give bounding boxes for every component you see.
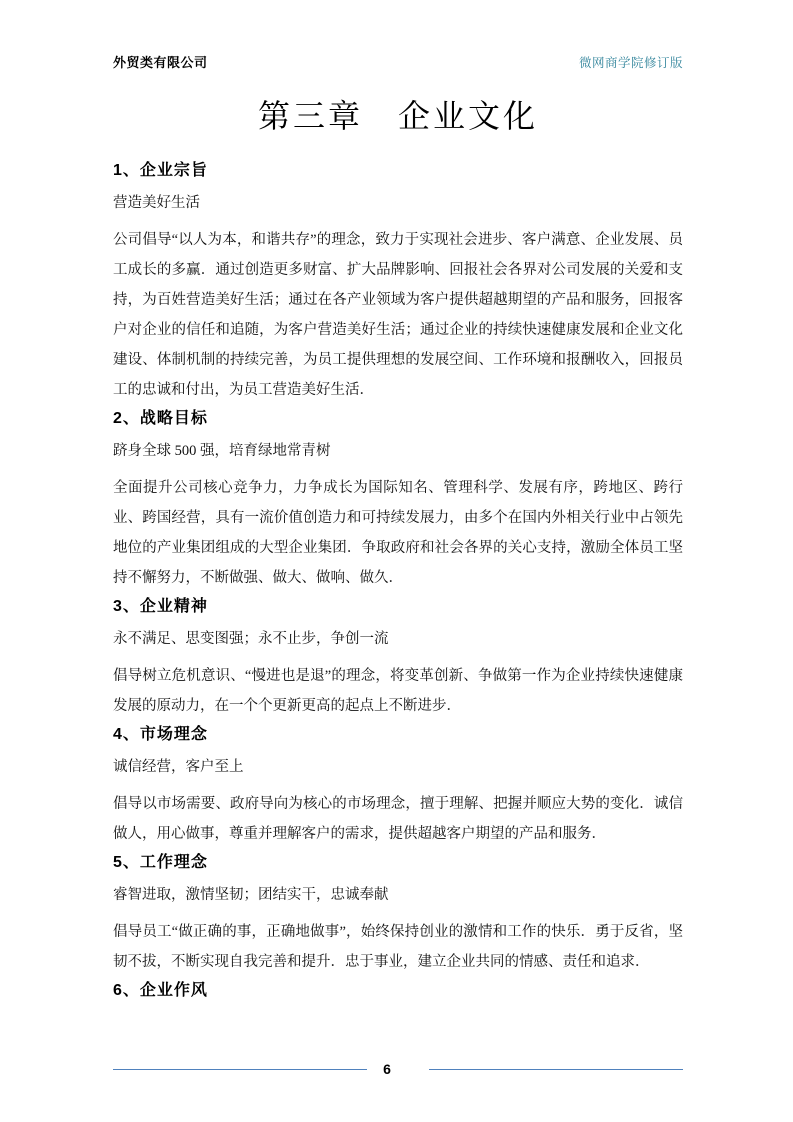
section-paragraph: 公司倡导“以人为本，和谐共存”的理念，致力于实现社会进步、客户满意、企业发展、员… — [113, 225, 683, 405]
section-slogan: 诚信经营，客户至上 — [113, 752, 683, 782]
header-edition-label: 微网商学院修订版 — [579, 55, 683, 71]
section-paragraph: 倡导以市场需要、政府导向为核心的市场理念，擅于理解、把握并顺应大势的变化．诚信做… — [113, 789, 683, 849]
section-slogan: 永不满足、思变图强；永不止步，争创一流 — [113, 624, 683, 654]
section-heading: 3、企业精神 — [113, 595, 683, 619]
section-heading: 4、市场理念 — [113, 723, 683, 747]
section-paragraph: 倡导员工“做正确的事，正确地做事”，始终保持创业的激情和工作的快乐．勇于反省，坚… — [113, 917, 683, 977]
section-strategic-goal: 2、战略目标 跻身全球 500 强，培育绿地常青树 全面提升公司核心竞争力，力争… — [113, 407, 683, 593]
section-heading: 6、企业作风 — [113, 979, 683, 1003]
document-page: 外贸类有限公司 微网商学院修订版 第三章 企业文化 1、企业宗旨 营造美好生活 … — [0, 0, 793, 1122]
page-footer: 6 — [113, 1062, 683, 1076]
page-number: 6 — [383, 1062, 391, 1076]
page-header: 外贸类有限公司 微网商学院修订版 — [113, 55, 683, 72]
section-heading: 5、工作理念 — [113, 851, 683, 875]
section-enterprise-spirit: 3、企业精神 永不满足、思变图强；永不止步，争创一流 倡导树立危机意识、“慢进也… — [113, 595, 683, 721]
footer-rule-right — [429, 1069, 683, 1070]
section-heading: 2、战略目标 — [113, 407, 683, 431]
header-company-name: 外贸类有限公司 — [113, 55, 208, 72]
section-heading: 1、企业宗旨 — [113, 159, 683, 183]
section-corporate-purpose: 1、企业宗旨 营造美好生活 公司倡导“以人为本，和谐共存”的理念，致力于实现社会… — [113, 159, 683, 405]
chapter-title: 第三章 企业文化 — [113, 96, 683, 138]
section-paragraph: 全面提升公司核心竞争力，力争成长为国际知名、管理科学、发展有序，跨地区、跨行业、… — [113, 473, 683, 593]
section-work-philosophy: 5、工作理念 睿智进取，激情坚韧；团结实干，忠诚奉献 倡导员工“做正确的事，正确… — [113, 851, 683, 977]
section-slogan: 睿智进取，激情坚韧；团结实干，忠诚奉献 — [113, 880, 683, 910]
footer-rule-left — [113, 1069, 367, 1070]
section-paragraph: 倡导树立危机意识、“慢进也是退”的理念，将变革创新、争做第一作为企业持续快速健康… — [113, 661, 683, 721]
section-market-philosophy: 4、市场理念 诚信经营，客户至上 倡导以市场需要、政府导向为核心的市场理念，擅于… — [113, 723, 683, 849]
section-slogan: 营造美好生活 — [113, 188, 683, 218]
section-slogan: 跻身全球 500 强，培育绿地常青树 — [113, 436, 683, 466]
section-enterprise-style: 6、企业作风 — [113, 979, 683, 1003]
